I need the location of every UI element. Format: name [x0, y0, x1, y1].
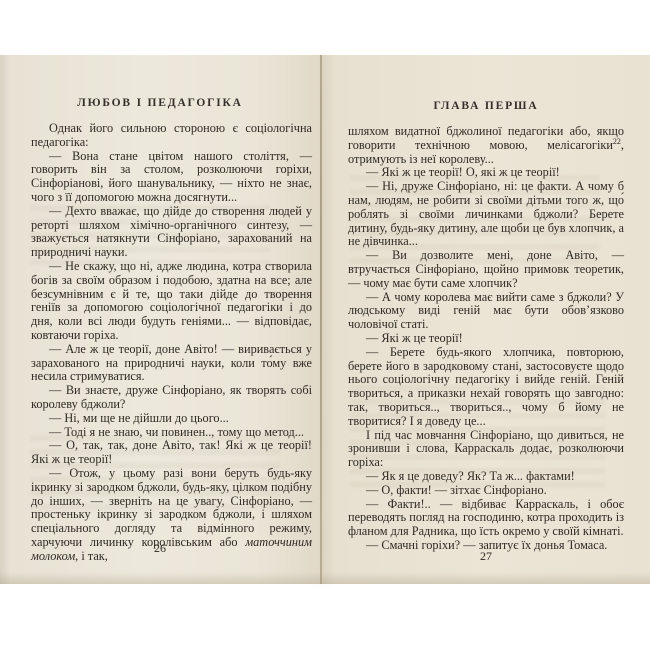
paragraph: — Факти!.. — відбиває Карраскаль, і обоє… [348, 498, 624, 539]
left-running-head: ЛЮБОВ І ПЕДАГОГІКА [0, 97, 320, 109]
paragraph: — А чому королева має вийти саме з бджол… [348, 291, 624, 332]
book-spread: ЛЮБОВ І ПЕДАГОГІКА Однак його сильною ст… [0, 55, 650, 584]
paragraph: — Ви знаєте, друже Сінфоріано, як творят… [31, 384, 312, 412]
paragraph: — Ви дозволите мені, доне Авіто, — втруч… [348, 249, 624, 290]
paragraph: І під час мовчання Сінфоріано, що дивить… [348, 429, 624, 470]
text-run: — Ні, друже Сінфоріано, ні: це факти. А … [348, 179, 624, 248]
paragraph: Однак його сильною стороною є соціологіч… [31, 122, 312, 150]
text-run: — Вона стане цвітом нашого століття, — г… [31, 149, 312, 204]
paragraph: — Берете будь-якого хлопчика, повторюю, … [348, 346, 624, 429]
text-run: — Як я це доведу? Як? Та ж... фактами! [366, 469, 575, 483]
paragraph: шляхом видатної бджолиної педагогіки або… [348, 125, 624, 166]
paragraph: — Дехто вважає, що дійде до створення лю… [31, 205, 312, 260]
text-run: — Не скажу, що ні, адже людина, котра ст… [31, 259, 312, 342]
text-run: — Ви дозволите мені, доне Авіто, — втруч… [348, 248, 624, 290]
text-run: — Які ж це теорії! [366, 331, 463, 345]
text-run: — О, факти! — зітхає Сінфоріано. [366, 483, 547, 497]
paragraph: — Ні, друже Сінфоріано, ні: це факти. А … [348, 180, 624, 249]
paragraph: — Вона стане цвітом нашого століття, — г… [31, 150, 312, 205]
right-running-head: ГЛАВА ПЕРША [322, 100, 650, 112]
text-run: — Ні, ми ще не дійшли до цього... [49, 411, 229, 425]
paragraph: — Які ж це теорії! [348, 332, 624, 346]
text-run: — Але ж це теорії, доне Авіто! — вириває… [31, 342, 312, 384]
text-run: — О, так, так, доне Авіто, так! Які ж це… [31, 438, 312, 466]
text-run: І під час мовчання Сінфоріано, що дивить… [348, 428, 624, 470]
text-run: — Ви знаєте, друже Сінфоріано, як творят… [31, 383, 312, 411]
right-page-body: шляхом видатної бджолиної педагогіки або… [348, 125, 624, 553]
text-run: — А чому королева має вийти саме з бджол… [348, 290, 624, 332]
text-run: — Тоді я не знаю, чи повинен.., тому що … [49, 425, 304, 439]
paragraph: — Але ж це теорії, доне Авіто! — вириває… [31, 343, 312, 384]
left-page-number: 26 [0, 541, 320, 556]
text-run: Однак його сильною стороною є соціологіч… [31, 121, 312, 149]
text-run: — Які ж це теорії! О, які ж це теорії! [366, 165, 560, 179]
paragraph: — О, так, так, доне Авіто, так! Які ж це… [31, 439, 312, 467]
book-photo: ЛЮБОВ І ПЕДАГОГІКА Однак його сильною ст… [0, 0, 650, 650]
text-run: — Факти!.. — відбиває Карраскаль, і обоє… [348, 497, 624, 539]
left-page-body: Однак його сильною стороною є соціологіч… [31, 122, 312, 564]
right-page: ГЛАВА ПЕРША шляхом видатної бджолиної пе… [322, 55, 650, 584]
paragraph: — Ні, ми ще не дійшли до цього... [31, 412, 312, 426]
left-page: ЛЮБОВ І ПЕДАГОГІКА Однак його сильною ст… [0, 55, 320, 584]
right-page-number: 27 [322, 549, 650, 564]
paragraph: — О, факти! — зітхає Сінфоріано. [348, 484, 624, 498]
footnote-reference: 22 [613, 137, 621, 146]
paragraph: — Як я це доведу? Як? Та ж... фактами! [348, 470, 624, 484]
text-run: — Берете будь-якого хлопчика, повторюю, … [348, 345, 624, 428]
text-run: шляхом видатної бджолиної педагогіки або… [348, 124, 624, 152]
paragraph: — Які ж це теорії! О, які ж це теорії! [348, 166, 624, 180]
paragraph: — Тоді я не знаю, чи повинен.., тому що … [31, 426, 312, 440]
text-run: — Дехто вважає, що дійде до створення лю… [31, 204, 312, 259]
paragraph: — Не скажу, що ні, адже людина, котра ст… [31, 260, 312, 343]
